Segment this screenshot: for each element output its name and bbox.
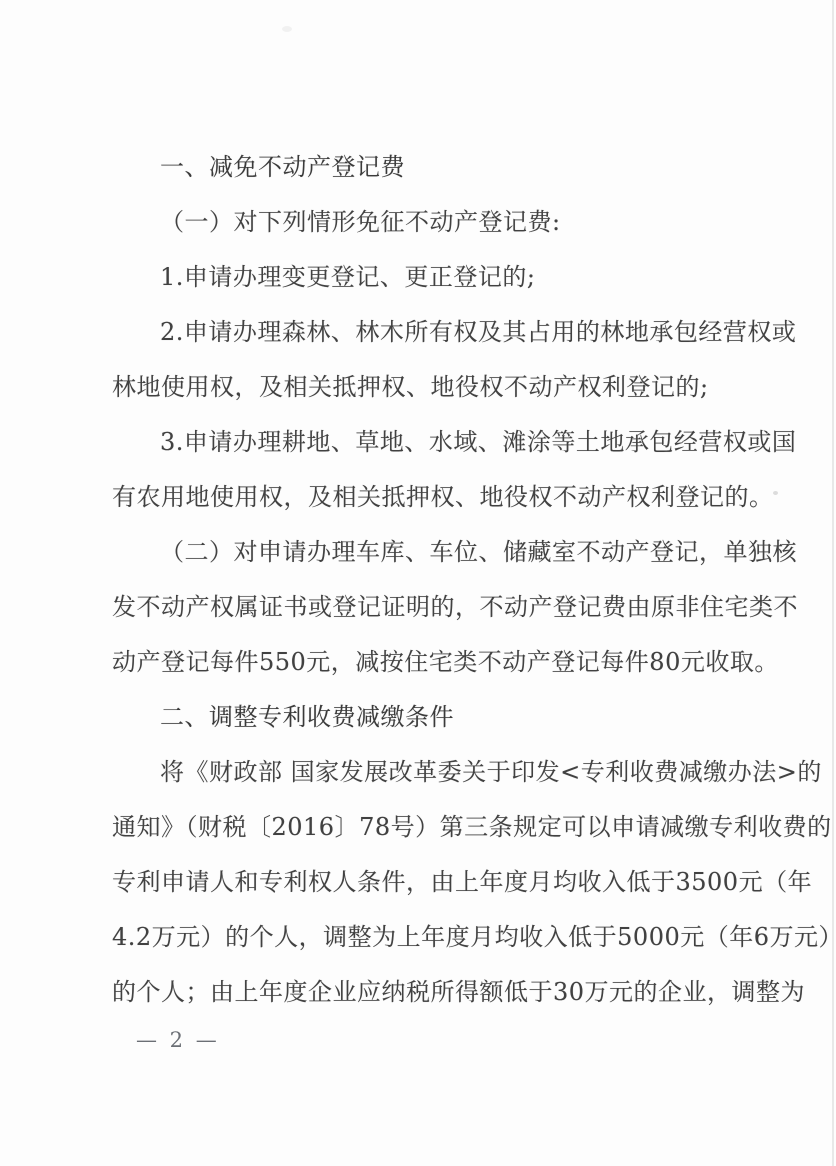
text-line: 将《财政部 国家发展改革委关于印发<专利收费减缴办法>的 bbox=[112, 745, 760, 800]
scan-dot-artifact bbox=[773, 491, 778, 495]
document-page: 一、减免不动产登记费 （一）对下列情形免征不动产登记费: 1.申请办理变更登记、… bbox=[0, 0, 836, 1166]
text-line: 的个人；由上年度企业应纳税所得额低于30万元的企业，调整为 bbox=[112, 965, 760, 1020]
text-line: 4.2万元）的个人，调整为上年度月均收入低于5000元（年6万元） bbox=[112, 910, 760, 965]
text-line: 2.申请办理森林、林木所有权及其占用的林地承包经营权或 bbox=[112, 305, 760, 360]
text-line: 1.申请办理变更登记、更正登记的; bbox=[112, 250, 760, 305]
scan-edge-line bbox=[832, 0, 834, 1166]
page-number: — 2 — bbox=[136, 1024, 220, 1056]
text-line: 3.申请办理耕地、草地、水域、滩涂等土地承包经营权或国 bbox=[112, 415, 760, 470]
text-line: 专利申请人和专利权人条件，由上年度月均收入低于3500元（年 bbox=[112, 855, 760, 910]
text-line: 林地使用权，及相关抵押权、地役权不动产权利登记的; bbox=[112, 360, 760, 415]
text-line: 发不动产权属证书或登记证明的，不动产登记费由原非住宅类不 bbox=[112, 580, 760, 635]
text-line: （一）对下列情形免征不动产登记费: bbox=[112, 195, 760, 250]
scan-smudge-artifact bbox=[282, 26, 292, 32]
section-heading-1: 一、减免不动产登记费 bbox=[112, 140, 760, 195]
text-line: 动产登记每件550元，减按住宅类不动产登记每件80元收取。 bbox=[112, 635, 760, 690]
text-line: （二）对申请办理车库、车位、储藏室不动产登记，单独核 bbox=[112, 525, 760, 580]
text-line: 通知》（财税〔2016〕78号）第三条规定可以申请减缴专利收费的 bbox=[112, 800, 760, 855]
text-line: 有农用地使用权，及相关抵押权、地役权不动产权利登记的。 bbox=[112, 470, 760, 525]
document-body: 一、减免不动产登记费 （一）对下列情形免征不动产登记费: 1.申请办理变更登记、… bbox=[112, 140, 760, 1020]
section-heading-2: 二、调整专利收费减缴条件 bbox=[112, 690, 760, 745]
